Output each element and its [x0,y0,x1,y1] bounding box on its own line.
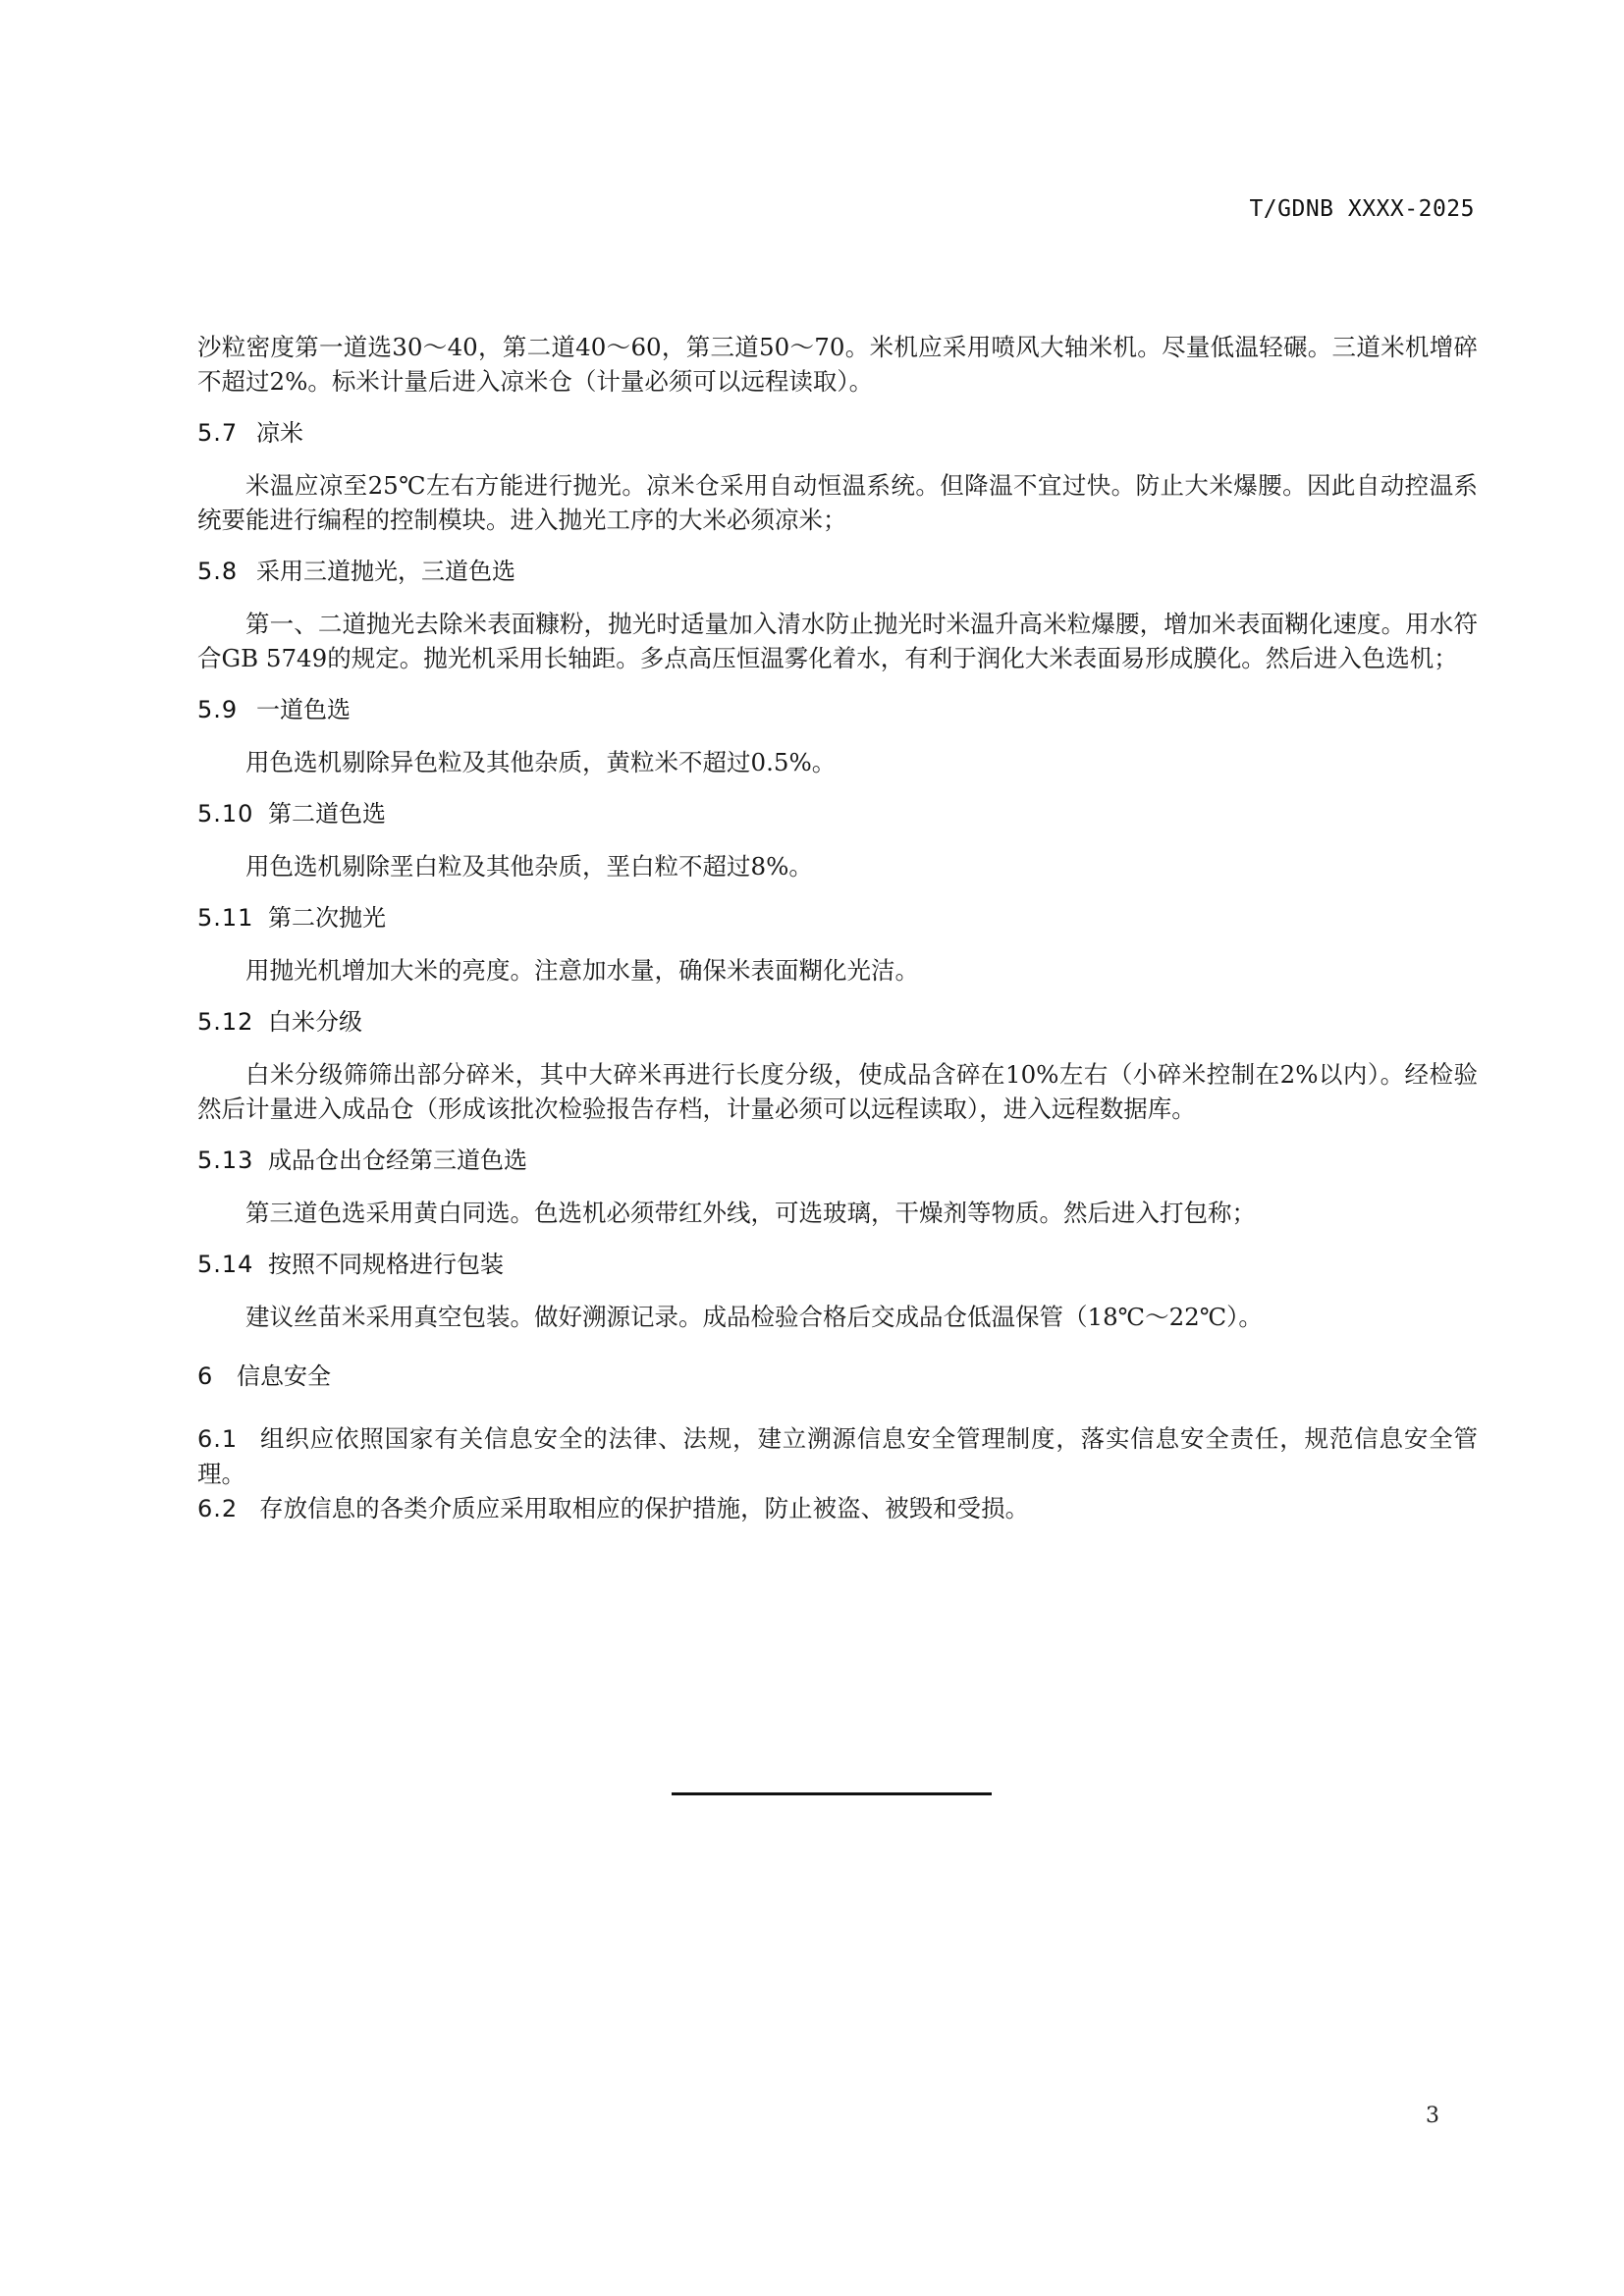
end-of-document-rule [672,1792,992,1795]
standard-code: T/GDNB XXXX-2025 [1249,196,1475,222]
clause-number: 6.1 [197,1425,238,1453]
section-title: 采用三道抛光，三道色选 [256,555,515,589]
section-body-5-7: 米温应凉至25℃左右方能进行抛光。凉米仓采用自动恒温系统。但降温不宜过快。防止大… [197,468,1478,537]
section-body-5-13: 第三道色选采用黄白同选。色选机必须带红外线，可选玻璃，干燥剂等物质。然后进入打包… [197,1196,1478,1230]
section-title: 按照不同规格进行包装 [268,1248,504,1282]
clause-text: 存放信息的各类介质应采用取相应的保护措施，防止被盗、被毁和受损。 [259,1494,1029,1522]
clause-number: 6.2 [197,1495,238,1522]
section-number: 5.10 [197,797,256,831]
section-heading-5-13: 5.13 成品仓出仓经第三道色选 [197,1144,1478,1178]
section-title: 一道色选 [256,693,351,727]
section-number: 5.12 [197,1005,256,1040]
section-title: 白米分级 [268,1005,362,1040]
section-number: 5.13 [197,1144,256,1178]
section-heading-5-12: 5.12 白米分级 [197,1005,1478,1040]
section-number: 5.9 [197,693,244,727]
section-number: 5.7 [197,416,244,451]
section-number: 5.11 [197,901,256,935]
chapter-title: 信息安全 [237,1360,331,1394]
section-heading-5-8: 5.8 采用三道抛光，三道色选 [197,555,1478,589]
chapter-number: 6 [197,1360,227,1394]
document-body: 沙粒密度第一道选30～40，第二道40～60，第三道50～70。米机应采用喷风大… [197,330,1478,1526]
section-body-5-11: 用抛光机增加大米的亮度。注意加水量，确保米表面糊化光洁。 [197,953,1478,988]
section-number: 5.8 [197,555,244,589]
section-body-5-14: 建议丝苗米采用真空包装。做好溯源记录。成品检验合格后交成品仓低温保管（18℃～2… [197,1300,1478,1334]
section-title: 第二次抛光 [268,901,386,935]
section-number: 5.14 [197,1248,256,1282]
section-title: 成品仓出仓经第三道色选 [268,1144,527,1178]
document-page: T/GDNB XXXX-2025 沙粒密度第一道选30～40，第二道40～60，… [0,0,1624,2296]
clause-6-1: 6.1组织应依照国家有关信息安全的法律、法规，建立溯源信息安全管理制度，落实信息… [197,1421,1478,1491]
continuation-paragraph: 沙粒密度第一道选30～40，第二道40～60，第三道50～70。米机应采用喷风大… [197,330,1478,399]
clause-text: 组织应依照国家有关信息安全的法律、法规，建立溯源信息安全管理制度，落实信息安全责… [197,1424,1478,1488]
section-title: 第二道色选 [268,797,386,831]
section-heading-5-11: 5.11 第二次抛光 [197,901,1478,935]
clause-6-2: 6.2存放信息的各类介质应采用取相应的保护措施，防止被盗、被毁和受损。 [197,1491,1478,1526]
section-heading-5-14: 5.14 按照不同规格进行包装 [197,1248,1478,1282]
section-body-5-9: 用色选机剔除异色粒及其他杂质，黄粒米不超过0.5%。 [197,745,1478,779]
section-title: 凉米 [256,416,303,451]
section-heading-5-10: 5.10 第二道色选 [197,797,1478,831]
section-heading-5-7: 5.7 凉米 [197,416,1478,451]
section-heading-5-9: 5.9 一道色选 [197,693,1478,727]
section-body-5-8: 第一、二道抛光去除米表面糠粉，抛光时适量加入清水防止抛光时米温升高米粒爆腰，增加… [197,607,1478,675]
page-number: 3 [1426,2104,1439,2128]
section-body-5-12: 白米分级筛筛出部分碎米，其中大碎米再进行长度分级，使成品含碎在10%左右（小碎米… [197,1057,1478,1126]
section-body-5-10: 用色选机剔除垩白粒及其他杂质，垩白粒不超过8%。 [197,849,1478,883]
chapter-heading-6: 6 信息安全 [197,1360,1478,1394]
